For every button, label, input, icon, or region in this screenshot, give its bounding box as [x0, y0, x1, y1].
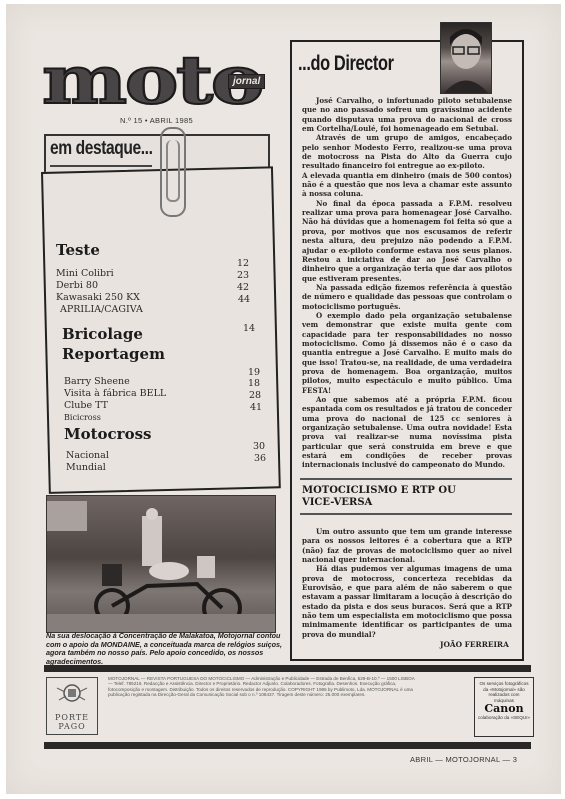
toc-item[interactable]: Visita à fábrica BELL	[64, 388, 266, 400]
director-title: ...do Director	[298, 52, 394, 76]
table-of-contents: Teste Mini Colibri Derbi 80 Kawasaki 250…	[56, 240, 266, 474]
rtp-title-line1: MOTOCICLISMO E RTP OU	[302, 485, 456, 497]
page-number: 30	[253, 441, 265, 452]
masthead-logo-tag: jornal	[228, 74, 265, 89]
paperclip-inner-icon	[166, 140, 180, 202]
rtp-article: Um outro assunto que tem um grande inter…	[302, 527, 512, 639]
page-number: 19	[248, 367, 260, 378]
article-paragraph: Através de um grupo de amigos, encabeçad…	[302, 133, 512, 170]
article-paragraph: O exemplo dado pela organização setubale…	[302, 311, 512, 395]
toc-heading-motocross: Motocross	[64, 424, 266, 444]
director-article: José Carvalho, o infortunado piloto setu…	[302, 96, 512, 470]
director-portrait	[440, 22, 492, 94]
article-signature: JOÃO FERREIRA	[440, 640, 509, 649]
page-number: 44	[238, 294, 250, 305]
porte-pago-stamp: PORTE PAGO	[46, 677, 98, 735]
imprint-text: MOTOJORNAL — REVISTA PORTUGUESA DO MOTOC…	[108, 676, 420, 698]
rtp-title-line2: VICE-VERSA	[302, 497, 456, 509]
canon-credit-bottom: colaboração da «SEQUI»	[475, 715, 533, 721]
page-number: 28	[249, 390, 261, 401]
toc-item[interactable]: Nacional	[66, 450, 266, 462]
page-number: 14	[243, 323, 255, 334]
portrait-icon	[441, 23, 491, 93]
toc-heading-reportagem: Reportagem	[62, 344, 266, 364]
page-number: 23	[237, 270, 249, 281]
article-paragraph: Na passada edição fizemos referência à q…	[302, 283, 512, 311]
toc-item[interactable]: APRILIA/CAGIVA	[60, 304, 266, 316]
section-rule	[300, 478, 512, 480]
article-paragraph: Um outro assunto que tem um grande inter…	[302, 527, 512, 564]
article-paragraph: A elevada quantia em dinheiro (mais de 5…	[302, 171, 512, 199]
toc-item[interactable]: Barry Sheene	[64, 376, 266, 388]
article-paragraph: Ao que sabemos até a própria F.P.M. fico…	[302, 395, 512, 470]
toc-title: em destaque...	[50, 138, 153, 160]
page-number: 36	[254, 453, 266, 464]
article-paragraph: No final da época passada a F.P.M. resol…	[302, 199, 512, 283]
issue-info: N.º 15 • ABRIL 1985	[120, 116, 193, 125]
article-paragraph: Há dias pudemos ver algumas imagens de u…	[302, 564, 512, 639]
canon-credit-box: Os serviços fotográficos da «Motojornal»…	[474, 677, 534, 737]
toc-title-rule	[50, 165, 152, 167]
canon-credit-top: Os serviços fotográficos da «Motojornal»…	[475, 678, 533, 703]
section-rule	[300, 513, 512, 515]
porte-label: PORTE	[47, 713, 97, 722]
motorcycle-illustration-icon	[47, 496, 275, 632]
pago-label: PAGO	[47, 722, 97, 731]
rtp-article-title: MOTOCICLISMO E RTP OU VICE-VERSA	[302, 485, 456, 509]
page-footer: ABRIL — MOTOJORNAL — 3	[410, 755, 517, 764]
photo-caption: Na sua deslocação à Concentração de Mala…	[46, 632, 286, 666]
page-number: 41	[250, 402, 262, 413]
toc-item[interactable]: Mundial	[66, 462, 266, 474]
toc-item[interactable]: Kawasaki 250 KX	[56, 292, 266, 304]
page-number: 18	[248, 378, 260, 389]
coat-of-arms-icon	[47, 678, 97, 708]
divider-band	[44, 665, 531, 672]
toc-heading-bricolage[interactable]: Bricolage	[62, 324, 266, 344]
toc-item[interactable]: Mini Colibri	[56, 268, 266, 280]
page-number: 42	[237, 282, 249, 293]
canon-logo: Canon	[475, 703, 533, 715]
toc-heading-teste: Teste	[56, 240, 266, 260]
toc-item[interactable]: Clube TT	[64, 400, 266, 412]
toc-item[interactable]: Bicicross	[64, 412, 266, 424]
page-number: 12	[237, 258, 249, 269]
motorcycle-photo	[46, 495, 276, 633]
footer-band	[44, 742, 531, 749]
toc-item[interactable]: Derbi 80	[56, 280, 266, 292]
article-paragraph: José Carvalho, o infortunado piloto setu…	[302, 96, 512, 133]
